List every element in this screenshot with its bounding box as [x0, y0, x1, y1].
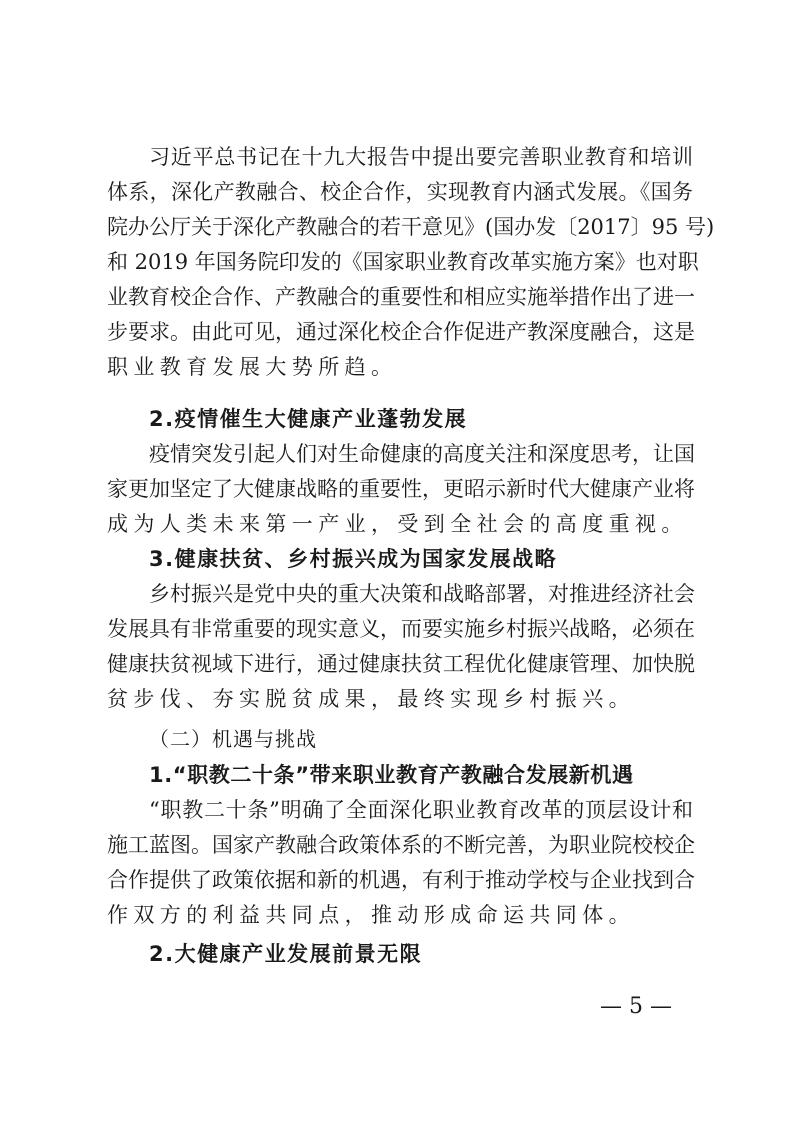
paragraph-line: “职教二十条”明确了全面深化职业教育改革的顶层设计和 [149, 793, 693, 828]
paragraph-line: 职业教育发展大势所趋。 [107, 350, 397, 385]
paragraph-line: 健康扶贫视域下进行，通过健康扶贫工程优化健康管理、加快脱 [107, 647, 693, 682]
paragraph-line: 贫步伐、夯实脱贫成果，最终实现乡村振兴。 [107, 682, 635, 717]
paragraph-line: 疫情突发引起人们对生命健康的高度关注和深度思考，让国 [149, 437, 693, 472]
page-number: — 5 — [600, 992, 672, 1022]
section-heading: 2.疫情催生大健康产业蓬勃发展 [149, 402, 467, 437]
paragraph-line: 成为人类未来第一产业，受到全社会的高度重视。 [107, 507, 688, 542]
paragraph-line: 乡村振兴是党中央的重大决策和战略部署，对推进经济社会 [149, 577, 693, 612]
section-heading: 2.大健康产业发展前景无限 [149, 937, 422, 972]
paragraph-line: 施工蓝图。国家产教融合政策体系的不断完善，为职业院校校企 [107, 828, 693, 863]
paragraph-line: 院办公厅关于深化产教融合的若干意见》(国办发〔2017〕95 号) [107, 210, 693, 245]
paragraph-line: 体系，深化产教融合、校企合作，实现教育内涵式发展。《国务 [107, 175, 693, 210]
paragraph-line: 业教育校企合作、产教融合的重要性和相应实施举措作出了进一 [107, 280, 693, 315]
subsection-heading: （二）机遇与挑战 [149, 722, 317, 757]
paragraph-line: 和 2019 年国务院印发的《国家职业教育改革实施方案》也对职 [107, 245, 693, 280]
section-heading: 3.健康扶贫、乡村振兴成为国家发展战略 [149, 542, 557, 577]
paragraph-line: 合作提供了政策依据和新的机遇，有利于推动学校与企业找到合 [107, 863, 693, 898]
paragraph-line: 习近平总书记在十九大报告中提出要完善职业教育和培训 [149, 140, 693, 175]
paragraph-line: 步要求。由此可见，通过深化校企合作促进产教深度融合，这是 [107, 315, 693, 350]
paragraph-line: 家更加坚定了大健康战略的重要性，更昭示新时代大健康产业将 [107, 472, 693, 507]
paragraph-line: 作双方的利益共同点，推动形成命运共同体。 [107, 898, 635, 933]
section-heading: 1.“职教二十条”带来职业教育产教融合发展新机遇 [149, 758, 634, 793]
paragraph-line: 发展具有非常重要的现实意义，而要实施乡村振兴战略，必须在 [107, 612, 693, 647]
